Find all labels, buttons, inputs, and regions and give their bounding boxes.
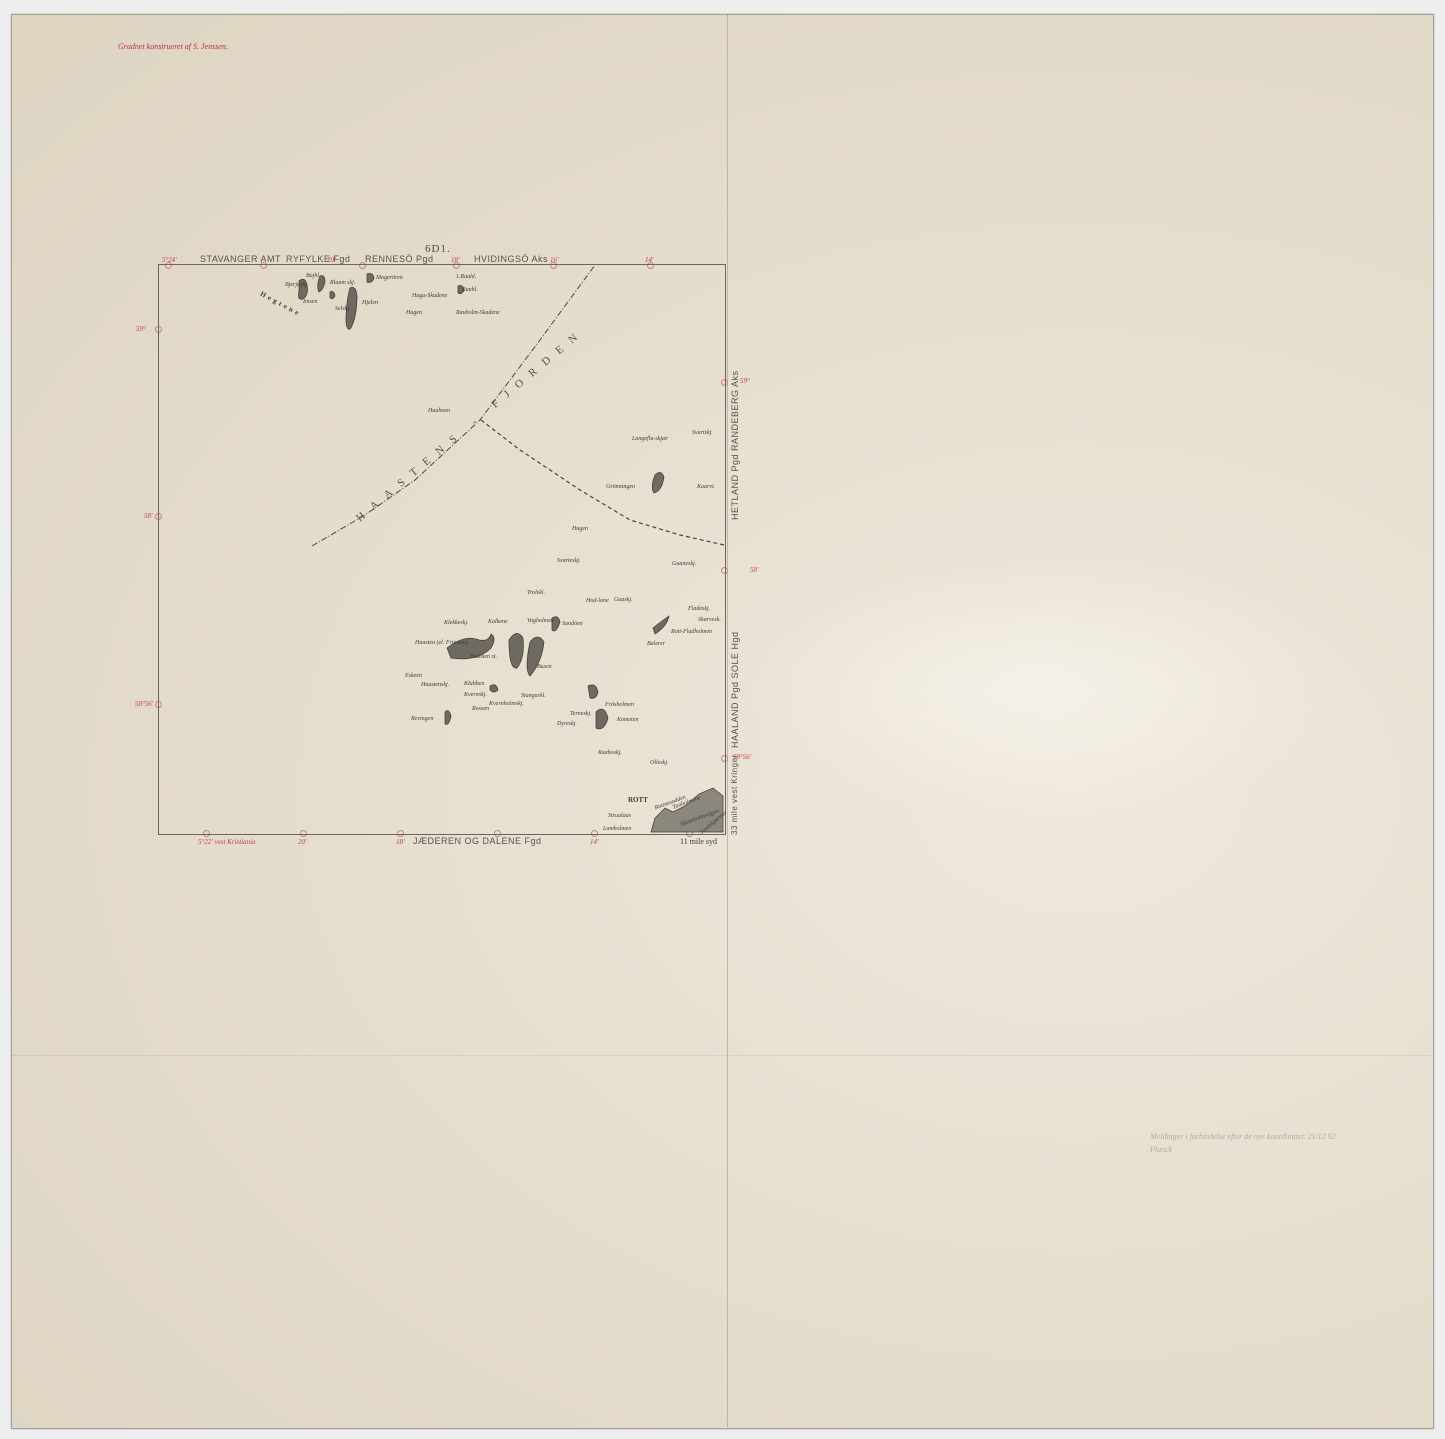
place-label: ROTT — [628, 796, 648, 804]
place-label: Stangarkl. — [521, 693, 546, 699]
place-label: 1.Rauhl. — [456, 274, 476, 280]
place-label: Terneskj. — [570, 711, 592, 717]
place-label: Rossen — [472, 706, 489, 712]
place-label: Rlaam skj. — [330, 280, 355, 286]
map-drawing — [0, 0, 1445, 1439]
place-label: Svarteskj. — [557, 558, 581, 564]
place-label: Kvernholmskj. — [489, 701, 524, 707]
place-label: Revingen — [411, 716, 433, 722]
place-label: Haastenskj. — [421, 682, 449, 688]
place-label: Kaarvi. — [697, 484, 715, 490]
place-label: Kvernskj. — [464, 692, 487, 698]
place-label: Haasten (el. Friesten) — [415, 640, 468, 646]
place-label: Haaboen — [428, 408, 450, 414]
place-label: Gaaskj. — [614, 597, 633, 603]
place-label: Selskj. — [335, 306, 351, 312]
place-label: Busen — [537, 664, 552, 670]
place-label: Haga-Skadene — [412, 293, 447, 299]
place-label: Hagen — [572, 526, 588, 532]
place-label: Lamholmen — [603, 826, 631, 832]
place-label: Langeflu-skjær — [632, 436, 668, 442]
place-label: Kalkene — [488, 619, 508, 625]
place-label: Olleskj. — [650, 760, 669, 766]
place-label: Dyreskj. — [557, 721, 577, 727]
place-label: Hjelen — [362, 300, 378, 306]
place-label: Eskeen — [405, 673, 422, 679]
place-label: Hagen — [406, 310, 422, 316]
place-label: Fladeskj. — [688, 606, 710, 612]
place-label: Magerören — [376, 275, 403, 281]
place-label: Klekkeskj. — [444, 620, 469, 626]
place-label: Strualaus — [608, 813, 631, 819]
place-label: Skarvesk. — [698, 617, 721, 623]
place-label: Frösholmen — [605, 702, 634, 708]
place-label: Haasten st. — [470, 654, 497, 660]
place-label: Klubben — [464, 681, 484, 687]
place-label: Bjerjaskj. — [285, 282, 308, 288]
place-label: Trolskl. — [527, 590, 545, 596]
place-label: Kometen — [617, 717, 638, 723]
place-label: Sandöen — [562, 621, 583, 627]
place-label: Vagholmen — [527, 618, 554, 624]
place-label: Hod-lone — [586, 598, 609, 604]
place-label: Gaaneskj. — [672, 561, 696, 567]
place-label: Rauholm-Skadene — [456, 310, 500, 316]
place-label: Bojhl. — [306, 273, 321, 279]
place-label: Svartskj. — [692, 430, 713, 436]
place-label: Balerer — [647, 641, 665, 647]
place-label: Rott-Fladholmen — [671, 629, 712, 635]
place-label: Grönningen — [606, 484, 635, 490]
place-label: Imsen — [303, 299, 317, 305]
place-label: Rauhl. — [462, 287, 478, 293]
place-label: Raaboskj. — [598, 750, 622, 756]
